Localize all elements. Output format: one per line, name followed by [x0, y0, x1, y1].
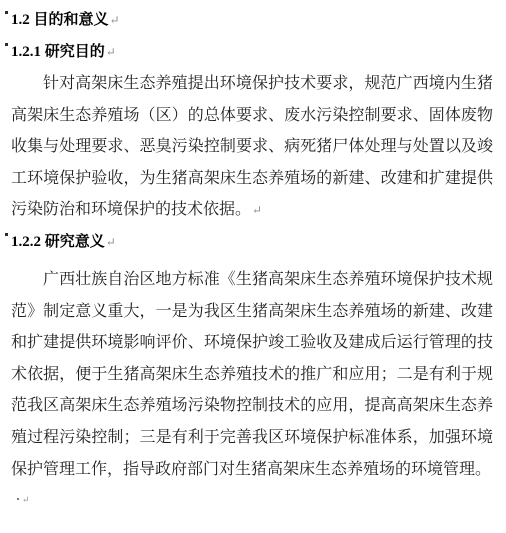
- heading-1-2-2-text: 1.2.2 研究意义: [11, 234, 105, 250]
- paragraph-mark-icon: ↵: [22, 494, 30, 504]
- paragraph-line: 和扩建提供环境影响评价、环境保护竣工验收及建成后运行管理的技: [11, 327, 493, 359]
- paragraph-line: 范》制定意义重大，一是为我区生猪高架床生态养殖场的新建、改建: [11, 296, 493, 328]
- paragraph-line: 污染防治和环境保护的技术依据。↵: [11, 194, 493, 226]
- paragraph-line-text: 污染防治和环境保护的技术依据。: [11, 201, 251, 218]
- paragraph-line: 保护管理工作，指导政府部门对生猪高架床生态养殖场的环境管理。↵: [11, 454, 493, 486]
- heading-1-2-1-text: 1.2.1 研究目的: [11, 44, 105, 60]
- heading-outline-marker-icon: [5, 11, 8, 14]
- paragraph-line: 范我区高架床生态养殖场污染物控制技术的应用，提高高架床生态养: [11, 390, 493, 422]
- empty-paragraph: ↵: [17, 491, 493, 507]
- paragraph-line: 术依据，便于生猪高架床生态养殖技术的推广和应用；二是有利于规: [11, 359, 493, 391]
- paragraph-research-significance: 广西壮族自治区地方标准《生猪高架床生态养殖环境保护技术规 范》制定意义重大，一是…: [11, 264, 493, 485]
- paragraph-research-purpose: 针对高架床生态养殖提出环境保护技术要求，规范广西境内生猪 高架床生态养殖场（区）…: [11, 68, 493, 226]
- heading-outline-marker-icon: [5, 233, 8, 236]
- heading-1-2-text: 1.2 目的和意义: [11, 12, 109, 28]
- paragraph-line: 针对高架床生态养殖提出环境保护技术要求，规范广西境内生猪: [11, 68, 493, 100]
- paragraph-line: 殖过程污染控制；三是有利于完善我区环境保护标准体系，加强环境: [11, 422, 493, 454]
- heading-1-2-2: 1.2.2 研究意义↵: [11, 226, 493, 258]
- heading-outline-marker-icon: [17, 498, 19, 500]
- document-page: 1.2 目的和意义↵ 1.2.1 研究目的↵ 针对高架床生态养殖提出环境保护技术…: [0, 0, 506, 507]
- paragraph-line: 高架床生态养殖场（区）的总体要求、废水污染控制要求、固体废物: [11, 100, 493, 132]
- heading-1-2: 1.2 目的和意义↵: [11, 4, 493, 36]
- paragraph-line: 广西壮族自治区地方标准《生猪高架床生态养殖环境保护技术规: [11, 264, 493, 296]
- paragraph-mark-icon: ↵: [252, 203, 262, 217]
- paragraph-line: 工环境保护验收，为生猪高架床生态养殖场的新建、改建和扩建提供: [11, 163, 493, 195]
- paragraph-mark-icon: ↵: [106, 235, 116, 249]
- heading-outline-marker-icon: [5, 43, 8, 46]
- paragraph-mark-icon: ↵: [110, 13, 120, 27]
- paragraph-line: 收集与处理要求、恶臭污染控制要求、病死猪尸体处理与处置以及竣: [11, 131, 493, 163]
- paragraph-mark-icon: ↵: [106, 45, 116, 59]
- heading-1-2-1: 1.2.1 研究目的↵: [11, 36, 493, 68]
- paragraph-line-text: 保护管理工作，指导政府部门对生猪高架床生态养殖场的环境管理。: [11, 461, 491, 478]
